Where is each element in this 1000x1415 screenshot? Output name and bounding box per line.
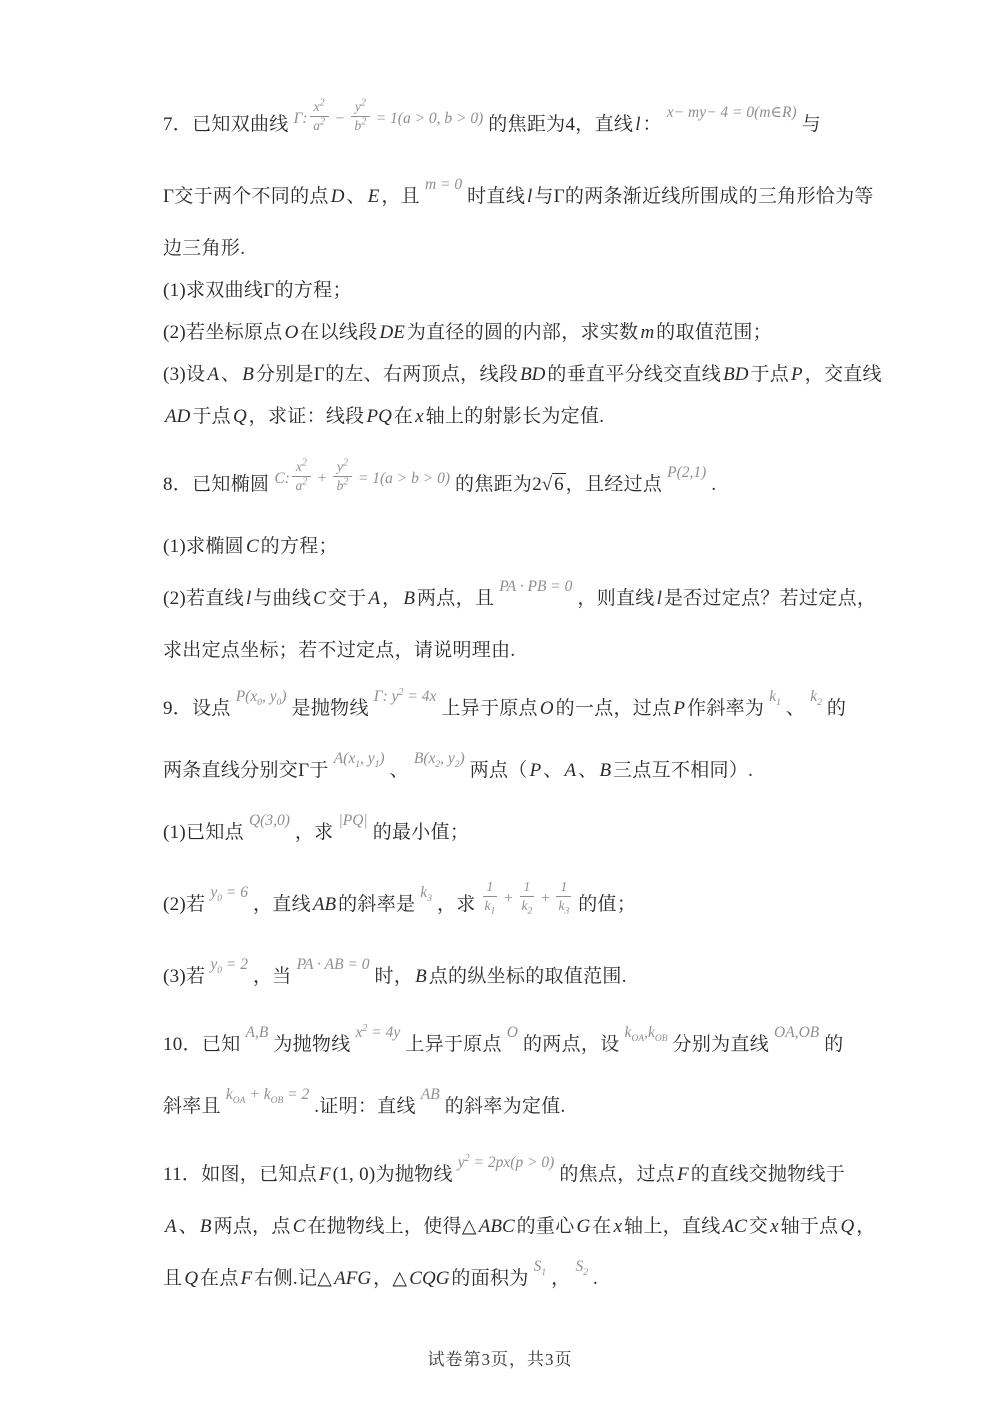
text-run: 且 — [163, 1268, 182, 1289]
math-text: (2,1) — [677, 464, 707, 481]
fraction-numerator: 1 — [483, 879, 498, 897]
problem-8-line-1: 8．已知椭圆C:x2a2 + y2b2 = 1(a > b > 0)的焦距为2√… — [163, 444, 863, 526]
text-run: (1)已知点 — [163, 822, 244, 843]
math-var-inline: Q — [231, 406, 249, 427]
math-variable: B — [259, 1024, 268, 1041]
math-variable: P — [236, 688, 245, 705]
problem-7-line-6: (3)设A、B分别是Γ的左、右两顶点，线段BD的垂直平分线交直线BD于点P，交直… — [163, 354, 863, 396]
text-run: (2)若 — [163, 894, 205, 915]
math-text: ) — [460, 750, 465, 767]
math-text: > 0) — [523, 1154, 554, 1171]
text-run: 的方程； — [261, 536, 338, 557]
superscript: 2 — [302, 458, 307, 469]
math-variable: a — [313, 118, 320, 133]
fraction-denominator: b2 — [337, 477, 349, 494]
inline-formula: A(x1, y1) — [329, 728, 390, 790]
math-variable: Q — [249, 812, 260, 829]
math-variable: P — [667, 464, 676, 481]
problems-container: 7．已知双曲线Γ:x2a2 − y2b2 = 1(a > 0, b > 0)的焦… — [163, 84, 863, 1316]
math-var-inline: A — [205, 364, 221, 385]
text-run: 两点（ — [470, 760, 528, 781]
text-run: 的两点，设 — [523, 1034, 620, 1055]
fraction: y2b2 — [351, 99, 370, 133]
text-run: 边三角形. — [163, 238, 245, 259]
math-text: = 2 — [470, 1154, 496, 1171]
math-text: (3,0) — [260, 812, 290, 829]
math-var-inline: G — [575, 1216, 593, 1237]
math-var-inline: F — [675, 1164, 691, 1185]
problem-7-line-7: AD于点Q，求证：线段PQ在x轴上的射影长为定值. — [163, 396, 863, 438]
math-variable: k — [648, 1024, 655, 1041]
math-text: > 0) — [419, 470, 450, 487]
math-var-inline: l — [655, 588, 664, 609]
text-run: 、 — [346, 186, 365, 207]
math-var-inline: CQG — [407, 1268, 451, 1289]
text-run: ， — [382, 588, 401, 609]
text-run: 7．已知双曲线 — [163, 114, 289, 135]
text-run: 的一点，过点 — [556, 698, 672, 719]
text-run: ，求证：线段 — [249, 406, 365, 427]
text-run: ，直线 — [253, 894, 311, 915]
math-text: Γ: — [294, 110, 308, 127]
inline-formula: y0 = 6 — [205, 852, 253, 934]
problem-7-line-4: (1)求双曲线Γ的方程； — [163, 270, 863, 312]
math-variable: PA — [297, 956, 314, 973]
math-variable: a — [385, 470, 393, 487]
subscript: 1 — [491, 907, 496, 917]
math-variable: C — [274, 470, 284, 487]
text-run: 在抛物线上，使得△ — [307, 1216, 476, 1237]
math-var-inline: x — [768, 1216, 780, 1237]
inline-formula: B(x2, y2) — [409, 728, 470, 790]
math-var-inline: Q — [838, 1216, 856, 1237]
problem-9-line-4: (2)若y0 = 6，直线AB的斜率是k3，求1k1 + 1k2 + 1k3的值… — [163, 864, 863, 946]
problem-11-line-1: 11．如图，已知点F(1, 0)为抛物线y2 = 2px(p > 0)的焦点，过… — [163, 1144, 863, 1206]
text-run: 、 — [390, 760, 409, 781]
math-var-inline: AD — [163, 406, 192, 427]
fraction-numerator: y2 — [351, 99, 370, 117]
problem-8: 8．已知椭圆C:x2a2 + y2b2 = 1(a > b > 0)的焦距为2√… — [163, 444, 863, 672]
inline-formula: Γ: y2 = 4x — [369, 666, 442, 728]
text-run: 交 — [749, 1216, 768, 1237]
math-variable: A — [246, 1024, 255, 1041]
text-run: 11．如图，已知点 — [163, 1164, 317, 1185]
inline-formula: PA · PB = 0 — [494, 556, 577, 618]
text-run: 轴上的射影长为定值. — [426, 406, 605, 427]
text-run: 与曲线 — [253, 588, 311, 609]
math-var-inline: ABC — [477, 1216, 517, 1237]
math-variable: y — [368, 750, 375, 767]
inline-formula: P(x0, y0) — [231, 666, 292, 728]
text-run: 是否过定点？若过定点， — [664, 588, 876, 609]
math-var-inline: B — [240, 364, 256, 385]
text-run: (1)求椭圆 — [163, 536, 244, 557]
fraction-denominator: k3 — [558, 897, 569, 914]
math-variable: y — [392, 688, 399, 705]
text-run: 在点 — [200, 1268, 239, 1289]
text-run: 右侧.记△ — [254, 1268, 332, 1289]
text-run: ，求 — [295, 822, 334, 843]
inline-formula: x2 = 4y — [351, 1002, 406, 1064]
inline-formula: y0 = 2 — [205, 934, 253, 996]
inline-formula: 1k1 + 1k2 + 1k3 — [476, 858, 579, 940]
text-run: (1, 0)为抛物线 — [333, 1164, 453, 1185]
math-var-inline: BD — [518, 364, 547, 385]
math-variable: y — [448, 750, 455, 767]
inline-formula: kOA + kOB = 2 — [221, 1064, 314, 1126]
math-variable: b — [444, 110, 452, 127]
text-run: 斜率且 — [163, 1096, 221, 1117]
text-run: 的焦点，过点 — [559, 1164, 675, 1185]
math-var-inline: O — [283, 322, 301, 343]
fraction-numerator: 1 — [556, 879, 571, 897]
math-variable: my — [688, 104, 706, 121]
text-run: 是抛物线 — [292, 698, 369, 719]
text-run: 分别是Γ的左、右两顶点，线段 — [256, 364, 518, 385]
text-run: (2)若坐标原点 — [163, 322, 283, 343]
math-text: + — [313, 470, 331, 487]
text-run: 分别为直线 — [673, 1034, 770, 1055]
math-variable: y — [458, 1154, 465, 1171]
problem-11-line-2: A、B两点，点C在抛物线上，使得△ABC的重心G在x轴上，直线AC交x轴于点Q， — [163, 1206, 863, 1248]
radical-coefficient: 2 — [532, 474, 542, 495]
text-run: 上异于原点 — [405, 1034, 502, 1055]
text-run: 于点 — [750, 364, 789, 385]
text-run: 的取值范围； — [656, 322, 772, 343]
math-var-inline: A — [563, 760, 579, 781]
fraction-denominator: b2 — [354, 117, 366, 134]
math-text: + — [245, 1086, 263, 1103]
math-var-inline: F — [317, 1164, 333, 1185]
text-run: 三点互不相同）. — [613, 760, 753, 781]
text-run: 的斜率是 — [338, 894, 415, 915]
text-run: ， — [551, 1268, 570, 1289]
superscript: 2 — [302, 476, 307, 487]
math-text: > 0, — [411, 110, 445, 127]
fraction-denominator: k2 — [522, 897, 533, 914]
math-var-inline: A — [163, 1216, 179, 1237]
superscript: 2 — [320, 116, 325, 127]
text-run: 在 — [592, 1216, 611, 1237]
math-variable: k — [226, 1086, 233, 1103]
problem-9-line-5: (3)若y0 = 2，当PA · AB = 0时，B点的纵坐标的取值范围. — [163, 946, 863, 1008]
text-run: . — [593, 1268, 598, 1289]
math-variable: PA — [499, 578, 516, 595]
superscript: 2 — [320, 98, 325, 109]
math-var-inline: B — [413, 966, 429, 987]
exam-page: 7．已知双曲线Γ:x2a2 − y2b2 = 1(a > 0, b > 0)的焦… — [0, 0, 1000, 1415]
fraction-numerator: x2 — [310, 99, 329, 117]
math-text: > 0) — [452, 110, 483, 127]
text-run: 9．设点 — [163, 698, 231, 719]
inline-formula: P(2,1) — [662, 432, 711, 514]
text-run: 点的纵坐标的取值范围. — [429, 966, 627, 987]
text-run: (1)求双曲线Γ的方程； — [163, 280, 352, 301]
text-run: 于点 — [192, 406, 231, 427]
problem-9-line-1: 9．设点P(x0, y0)是抛物线Γ: y2 = 4x上异于原点O的一点，过点P… — [163, 678, 863, 740]
inline-formula: OA,OB — [769, 1002, 824, 1064]
fraction: 1k1 — [483, 879, 498, 913]
problem-7-line-3: 边三角形. — [163, 228, 863, 270]
text-run: 两条直线分别交Γ于 — [163, 760, 329, 781]
math-text: = 1( — [372, 110, 403, 127]
math-var-inline: D — [329, 186, 347, 207]
math-var-inline: B — [597, 760, 613, 781]
problem-9-line-3: (1)已知点Q(3,0)，求|PQ|的最小值； — [163, 802, 863, 864]
superscript: 2 — [343, 458, 348, 469]
text-run: 的斜率为定值. — [445, 1096, 566, 1117]
math-text: + — [499, 890, 517, 907]
problem-10-line-2: 斜率且kOA + kOB = 2.证明：直线AB的斜率为定值. — [163, 1076, 863, 1138]
subscript: 3 — [564, 907, 569, 917]
math-var-inline: B — [401, 588, 417, 609]
math-text: = 1( — [354, 470, 385, 487]
text-run: 、 — [543, 760, 562, 781]
math-text: = 4 — [367, 1024, 393, 1041]
text-run: 、 — [179, 1216, 198, 1237]
math-text: = 0 — [344, 956, 370, 973]
math-variable: PQ — [343, 812, 364, 829]
text-run: (3)设 — [163, 364, 205, 385]
math-text: = 4 — [404, 688, 430, 705]
inline-formula: S1 — [529, 1236, 552, 1298]
math-var-inline: DE — [378, 322, 407, 343]
math-variable: y — [270, 688, 277, 705]
inline-formula: kOA,kOB — [620, 1002, 673, 1064]
text-run: 、 — [786, 698, 805, 719]
text-run: 的重心 — [517, 1216, 575, 1237]
math-variable: a — [403, 110, 411, 127]
math-variable: x — [429, 688, 436, 705]
inline-formula: |PQ| — [333, 790, 372, 852]
text-run: ， — [856, 1216, 875, 1237]
subscript: 2 — [528, 907, 533, 917]
math-var-inline: A — [366, 588, 382, 609]
math-var-inline: P — [671, 698, 687, 719]
inline-formula: k2 — [805, 666, 827, 728]
text-run: 在 — [394, 406, 413, 427]
math-text: ) — [379, 750, 384, 767]
math-var-inline: m — [638, 322, 656, 343]
math-variable: B — [414, 750, 423, 767]
math-var-inline: P — [528, 760, 544, 781]
text-run: 作斜率为 — [687, 698, 764, 719]
math-var-inline: F — [239, 1268, 255, 1289]
text-run: 10．已知 — [163, 1034, 241, 1055]
text-run: (2)若直线 — [163, 588, 244, 609]
text-run: 、 — [221, 364, 240, 385]
inline-formula: S2 — [570, 1236, 593, 1298]
math-var-inline: C — [291, 1216, 308, 1237]
math-variable: y — [393, 1024, 400, 1041]
inline-formula: m = 0 — [420, 154, 467, 216]
math-var-inline: AC — [721, 1216, 749, 1237]
problem-8-line-3: (2)若直线l与曲线C交于A，B两点，且PA · PB = 0，则直线l是否过定… — [163, 568, 863, 630]
page-footer: 试卷第3页，共3页 — [0, 1345, 1000, 1370]
problem-7-line-5: (2)若坐标原点O在以线段DE为直径的圆的内部，求实数m的取值范围； — [163, 312, 863, 354]
text-run: ，当 — [253, 966, 292, 987]
text-run: 时直线 — [467, 186, 525, 207]
math-text: 1 — [487, 879, 494, 894]
superscript: 2 — [343, 476, 348, 487]
math-var-inline: O — [538, 698, 556, 719]
problem-7: 7．已知双曲线Γ:x2a2 − y2b2 = 1(a > 0, b > 0)的焦… — [163, 84, 863, 438]
text-run: ，△ — [373, 1268, 407, 1289]
inline-formula: k1 — [764, 666, 786, 728]
text-run: .证明：直线 — [314, 1096, 416, 1117]
problem-7-line-1: 7．已知双曲线Γ:x2a2 − y2b2 = 1(a > 0, b > 0)的焦… — [163, 84, 863, 166]
text-run: 的 — [824, 1034, 843, 1055]
math-text: − — [674, 104, 688, 121]
subscript: OB — [655, 1034, 668, 1044]
math-variable: x — [667, 104, 674, 121]
text-run: 在以线段 — [300, 322, 377, 343]
subscript: OA — [631, 1034, 644, 1044]
fraction: y2b2 — [333, 459, 352, 493]
math-var-inline: AFG — [332, 1268, 373, 1289]
math-text: + — [536, 890, 554, 907]
math-variable: px — [496, 1154, 511, 1171]
radicand: 6 — [552, 473, 566, 494]
text-run: 轴上，直线 — [624, 1216, 721, 1237]
math-var-inline: E — [366, 186, 382, 207]
text-run: 求出定点坐标；若不过定点，请说明理由. — [163, 640, 515, 661]
text-run: 的面积为 — [451, 1268, 528, 1289]
math-variable: m — [759, 104, 770, 121]
problem-11-line-3: 且Q在点F右侧.记△AFG，△CQG的面积为S1，S2. — [163, 1248, 863, 1310]
superscript: 2 — [361, 98, 366, 109]
math-variable: k — [264, 1086, 271, 1103]
math-var-inline: C — [311, 588, 328, 609]
math-variable: OB — [799, 1024, 820, 1041]
subscript: 1 — [776, 698, 781, 708]
math-text: = 2 — [283, 1086, 309, 1103]
math-variable: O — [507, 1024, 518, 1041]
subscript: 2 — [583, 1268, 588, 1278]
math-text: · — [516, 578, 528, 595]
math-var-inline: l — [525, 186, 534, 207]
subscript: 3 — [427, 894, 432, 904]
superscript: 2 — [361, 116, 366, 127]
subscript: OA — [233, 1096, 246, 1106]
math-text: ∈R) — [771, 104, 797, 121]
math-text: · — [313, 956, 324, 973]
math-text: Γ: — [374, 688, 392, 705]
fraction: 1k3 — [556, 879, 571, 913]
text-run: 8．已知椭圆 — [163, 474, 269, 495]
text-run: 轴于点 — [781, 1216, 839, 1237]
math-var-inline: AB — [311, 894, 338, 915]
text-run: ，则直线 — [577, 588, 654, 609]
math-text: = 6 — [222, 884, 248, 901]
text-run: 为抛物线 — [273, 1034, 350, 1055]
fraction-numerator: x2 — [292, 459, 311, 477]
math-text: > — [393, 470, 411, 487]
fraction-denominator: a2 — [313, 117, 325, 134]
text-run: 上异于原点 — [441, 698, 538, 719]
math-text: − — [331, 110, 349, 127]
inline-formula: O — [502, 1002, 523, 1064]
radical-sign: √ — [542, 474, 552, 495]
problem-11: 11．如图，已知点F(1, 0)为抛物线y2 = 2px(p > 0)的焦点，过… — [163, 1144, 863, 1310]
text-run: 的 — [827, 698, 846, 719]
text-run: ，且经过点 — [566, 474, 663, 495]
math-variable: A — [334, 750, 343, 767]
subscript: OB — [271, 1096, 284, 1106]
text-run: ： — [642, 114, 661, 135]
math-variable: m — [425, 176, 436, 193]
math-text: , — [262, 688, 270, 705]
inline-formula: Q(3,0) — [244, 790, 295, 852]
text-run: 与Γ的两条渐近线所围成的三角形恰为等 — [534, 186, 873, 207]
fraction-numerator: 1 — [520, 879, 535, 897]
math-variable: OA — [774, 1024, 795, 1041]
inline-formula: C:x2a2 + y2b2 = 1(a > b > 0) — [269, 438, 455, 520]
inline-formula: Γ:x2a2 − y2b2 = 1(a > 0, b > 0) — [289, 78, 489, 160]
text-run: 的值； — [578, 894, 636, 915]
text-run: ，交直线 — [805, 364, 882, 385]
math-var-inline: x — [413, 406, 425, 427]
text-run: 交于 — [328, 588, 367, 609]
inline-formula: x− my− 4 = 0(m∈R) — [662, 72, 802, 154]
text-run: 时， — [375, 966, 414, 987]
math-text: 1 — [524, 879, 531, 894]
math-variable: PB — [527, 578, 546, 595]
math-text: | — [363, 812, 367, 829]
math-text: − 4 = 0( — [706, 104, 759, 121]
fraction: 1k2 — [520, 879, 535, 913]
text-run: 的最小值； — [373, 822, 470, 843]
fraction-denominator: k1 — [485, 897, 496, 914]
math-text: : — [285, 470, 290, 487]
inline-formula: A,B — [241, 1002, 274, 1064]
text-run: 的垂直平分线交直线 — [547, 364, 721, 385]
fraction: x2a2 — [292, 459, 311, 493]
text-run: ，求 — [437, 894, 476, 915]
math-text: = 2 — [222, 956, 248, 973]
math-text: = 0 — [546, 578, 572, 595]
math-var-inline: P — [789, 364, 805, 385]
text-run: 为直径的圆的内部，求实数 — [407, 322, 639, 343]
inline-formula: PA · AB = 0 — [292, 934, 375, 996]
text-run: Γ交于两个不同的点 — [163, 186, 329, 207]
problem-10: 10．已知A,B为抛物线x2 = 4y上异于原点O的两点，设kOA,kOB分别为… — [163, 1014, 863, 1138]
math-variable: b — [411, 470, 419, 487]
math-var-inline: B — [198, 1216, 214, 1237]
fraction-numerator: y2 — [333, 459, 352, 477]
text-run: . — [711, 474, 716, 495]
inline-formula: k3 — [415, 852, 437, 934]
text-run: 的直线交抛物线于 — [691, 1164, 845, 1185]
text-run: 、 — [578, 760, 597, 781]
math-var-inline: C — [244, 536, 261, 557]
math-var-inline: Q — [182, 1268, 200, 1289]
text-run: ，且 — [381, 186, 420, 207]
text-run: 两点，且 — [417, 588, 494, 609]
text-run: 两点，点 — [214, 1216, 291, 1237]
math-text: = 0 — [436, 176, 462, 193]
math-var-inline: BD — [721, 364, 750, 385]
text-run: 与 — [802, 114, 821, 135]
math-variable: AB — [421, 1086, 440, 1103]
subscript: 2 — [817, 698, 822, 708]
text-run: (3)若 — [163, 966, 205, 987]
problem-9: 9．设点P(x0, y0)是抛物线Γ: y2 = 4x上异于原点O的一点，过点P… — [163, 678, 863, 1008]
problem-7-line-2: Γ交于两个不同的点D、E，且m = 0时直线l与Γ的两条渐近线所围成的三角形恰为… — [163, 166, 863, 228]
text-run: 的焦距为4，直线 — [488, 114, 633, 135]
math-var-inline: x — [612, 1216, 624, 1237]
inline-formula: AB — [416, 1064, 445, 1126]
